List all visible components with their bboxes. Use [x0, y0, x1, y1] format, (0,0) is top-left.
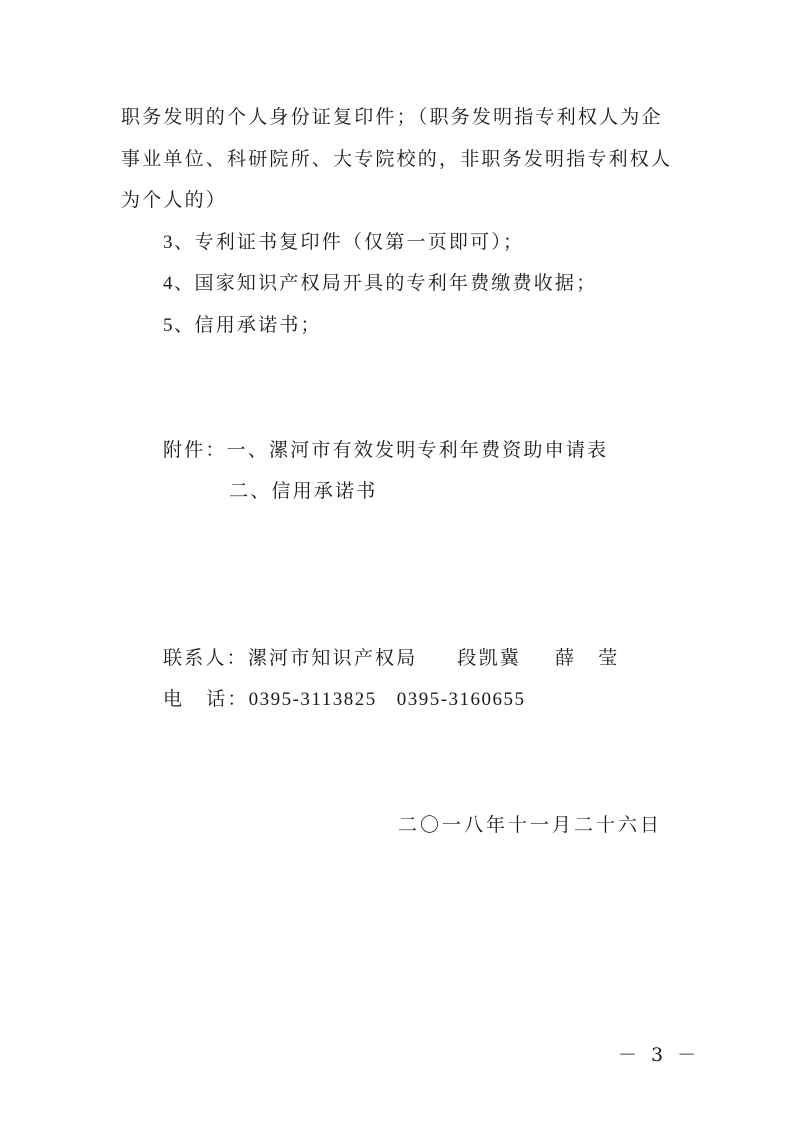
list-item-number: 3、 — [163, 232, 195, 253]
attachments-label: 附件： — [163, 439, 227, 461]
contact-person-2-given: 莹 — [598, 647, 619, 669]
page-number: － 3 － — [618, 1043, 700, 1067]
contact-person-2-surname: 薛 — [555, 647, 576, 669]
document-page: 职务发明的个人身份证复印件；（职务发明指专利权人为企 事业单位、科研院所、大专院… — [0, 0, 793, 1122]
document-date: 二〇一八年十一月二十六日 — [398, 813, 662, 837]
attachment-item: 附件：一、漯河市有效发明专利年费资助申请表 — [163, 438, 608, 462]
attachment-text: 漯河市有效发明专利年费资助申请表 — [269, 439, 608, 461]
paragraph-line: 为个人的） — [121, 188, 227, 212]
phone-label: 电 — [163, 688, 184, 710]
phone-number-2: 0395-3160655 — [397, 689, 526, 710]
list-item: 5、信用承诺书； — [163, 313, 322, 338]
list-item-number: 5、 — [163, 315, 195, 336]
paragraph-line: 事业单位、科研院所、大专院校的，非职务发明指专利权人 — [121, 147, 672, 171]
attachment-item: 二、信用承诺书 — [229, 479, 377, 503]
list-item-number: 4、 — [163, 273, 195, 294]
list-item: 3、专利证书复印件（仅第一页即可）； — [163, 230, 524, 255]
contact-organization: 漯河市知识产权局 — [248, 647, 418, 669]
contact-label: 联系人： — [163, 647, 248, 669]
phone-label: 话： — [206, 688, 248, 710]
attachment-number: 二、 — [229, 480, 271, 502]
list-item: 4、国家知识产权局开具的专利年费缴费收据； — [163, 271, 597, 296]
list-item-text: 专利证书复印件（仅第一页即可）； — [195, 231, 525, 253]
paragraph-line: 职务发明的个人身份证复印件；（职务发明指专利权人为企 — [121, 105, 663, 129]
attachment-text: 信用承诺书 — [271, 480, 377, 502]
contact-person-1: 段凯冀 — [457, 647, 521, 669]
phone-number-1: 0395-3113825 — [249, 689, 377, 710]
list-item-text: 国家知识产权局开具的专利年费缴费收据； — [195, 272, 598, 294]
contact-person-line: 联系人：漯河市知识产权局段凯冀薛莹 — [163, 646, 619, 670]
attachment-number: 一、 — [227, 439, 269, 461]
phone-line: 电话：0395-31138250395-3160655 — [163, 687, 526, 712]
list-item-text: 信用承诺书； — [195, 314, 322, 336]
